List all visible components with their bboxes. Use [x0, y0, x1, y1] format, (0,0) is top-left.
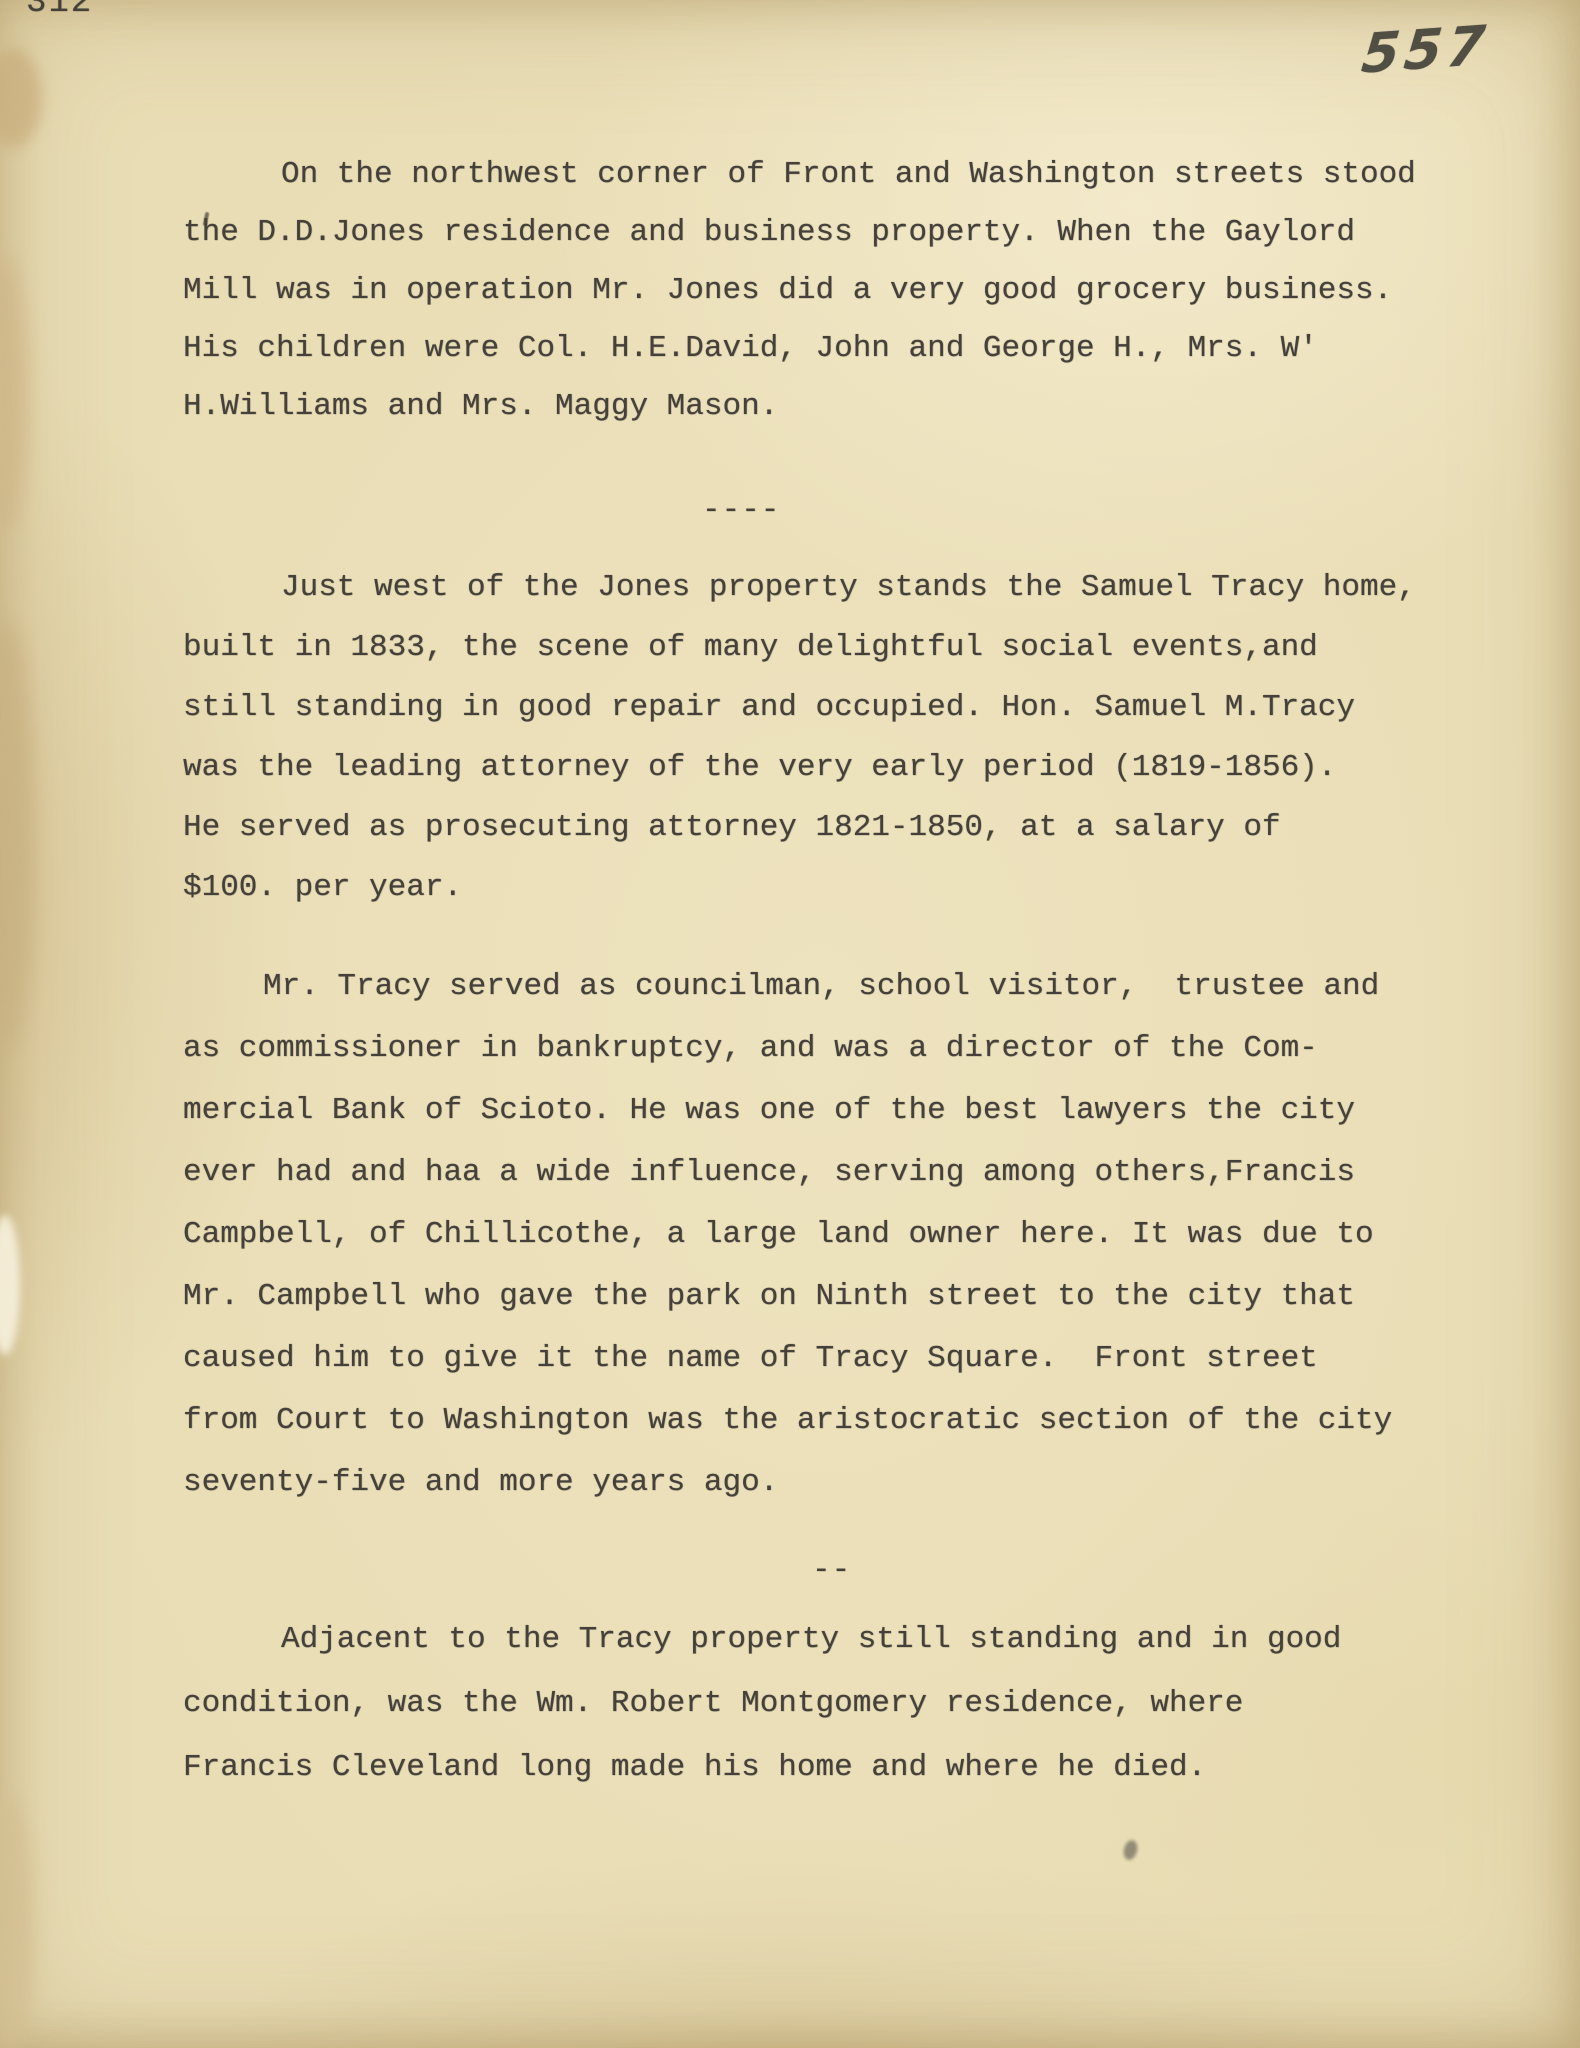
typed-text-line: Mr. Tracy served as councilman, school v…	[183, 956, 1463, 1018]
typed-text-line: seventy-five and more years ago.	[183, 1452, 1463, 1514]
ink-smudge	[1122, 1839, 1139, 1862]
typed-text-line: mercial Bank of Scioto. He was one of th…	[183, 1080, 1463, 1142]
typed-text-line: Mill was in operation Mr. Jones did a ve…	[183, 262, 1463, 320]
paragraph-tracy-home: Just west of the Jones property stands t…	[183, 558, 1463, 918]
section-separator: ----	[183, 482, 1463, 540]
typed-text-line: was the leading attorney of the very ear…	[183, 738, 1463, 798]
paper-corner-wear	[0, 48, 42, 148]
typed-text-line: $100. per year.	[183, 858, 1463, 918]
typed-text-line: Just west of the Jones property stands t…	[183, 558, 1463, 618]
document-body: On the northwest corner of Front and Was…	[183, 0, 1463, 1800]
typed-text-line: He served as prosecuting attorney 1821-1…	[183, 798, 1463, 858]
paragraph-jones-property: On the northwest corner of Front and Was…	[183, 146, 1463, 436]
typed-text-line: condition, was the Wm. Robert Montgomery…	[183, 1672, 1463, 1736]
typed-text-line: caused him to give it the name of Tracy …	[183, 1328, 1463, 1390]
typed-text-line: still standing in good repair and occupi…	[183, 678, 1463, 738]
typed-text-line: Francis Cleveland long made his home and…	[183, 1736, 1463, 1800]
typed-text-line: His children were Col. H.E.David, John a…	[183, 320, 1463, 378]
paper-edge-wear	[0, 255, 28, 535]
typed-text-line: H.Williams and Mrs. Maggy Mason.	[183, 378, 1463, 436]
typed-text-line: ever had and haa a wide influence, servi…	[183, 1142, 1463, 1204]
typed-text-line: as commissioner in bankruptcy, and was a…	[183, 1018, 1463, 1080]
paper-edge-chip	[0, 1215, 20, 1355]
section-separator: --	[183, 1542, 1463, 1600]
typed-text-line: On the northwest corner of Front and Was…	[183, 146, 1463, 204]
typed-text-line: built in 1833, the scene of many delight…	[183, 618, 1463, 678]
paper-edge-wear	[0, 620, 34, 1050]
paragraph-montgomery-residence: Adjacent to the Tracy property still sta…	[183, 1608, 1463, 1800]
typed-text-line: Campbell, of Chillicothe, a large land o…	[183, 1204, 1463, 1266]
paper-edge-wear	[0, 1795, 34, 2048]
typed-text-line: the D.D.Jones residence and business pro…	[183, 204, 1463, 262]
typed-text-line: Adjacent to the Tracy property still sta…	[183, 1608, 1463, 1672]
typed-page-number: 312	[26, 0, 93, 22]
paragraph-tracy-career: Mr. Tracy served as councilman, school v…	[183, 956, 1463, 1514]
typed-text-line: Mr. Campbell who gave the park on Ninth …	[183, 1266, 1463, 1328]
scanned-page: 312 557 On the northwest corner of Front…	[0, 0, 1580, 2048]
typed-text-line: from Court to Washington was the aristoc…	[183, 1390, 1463, 1452]
